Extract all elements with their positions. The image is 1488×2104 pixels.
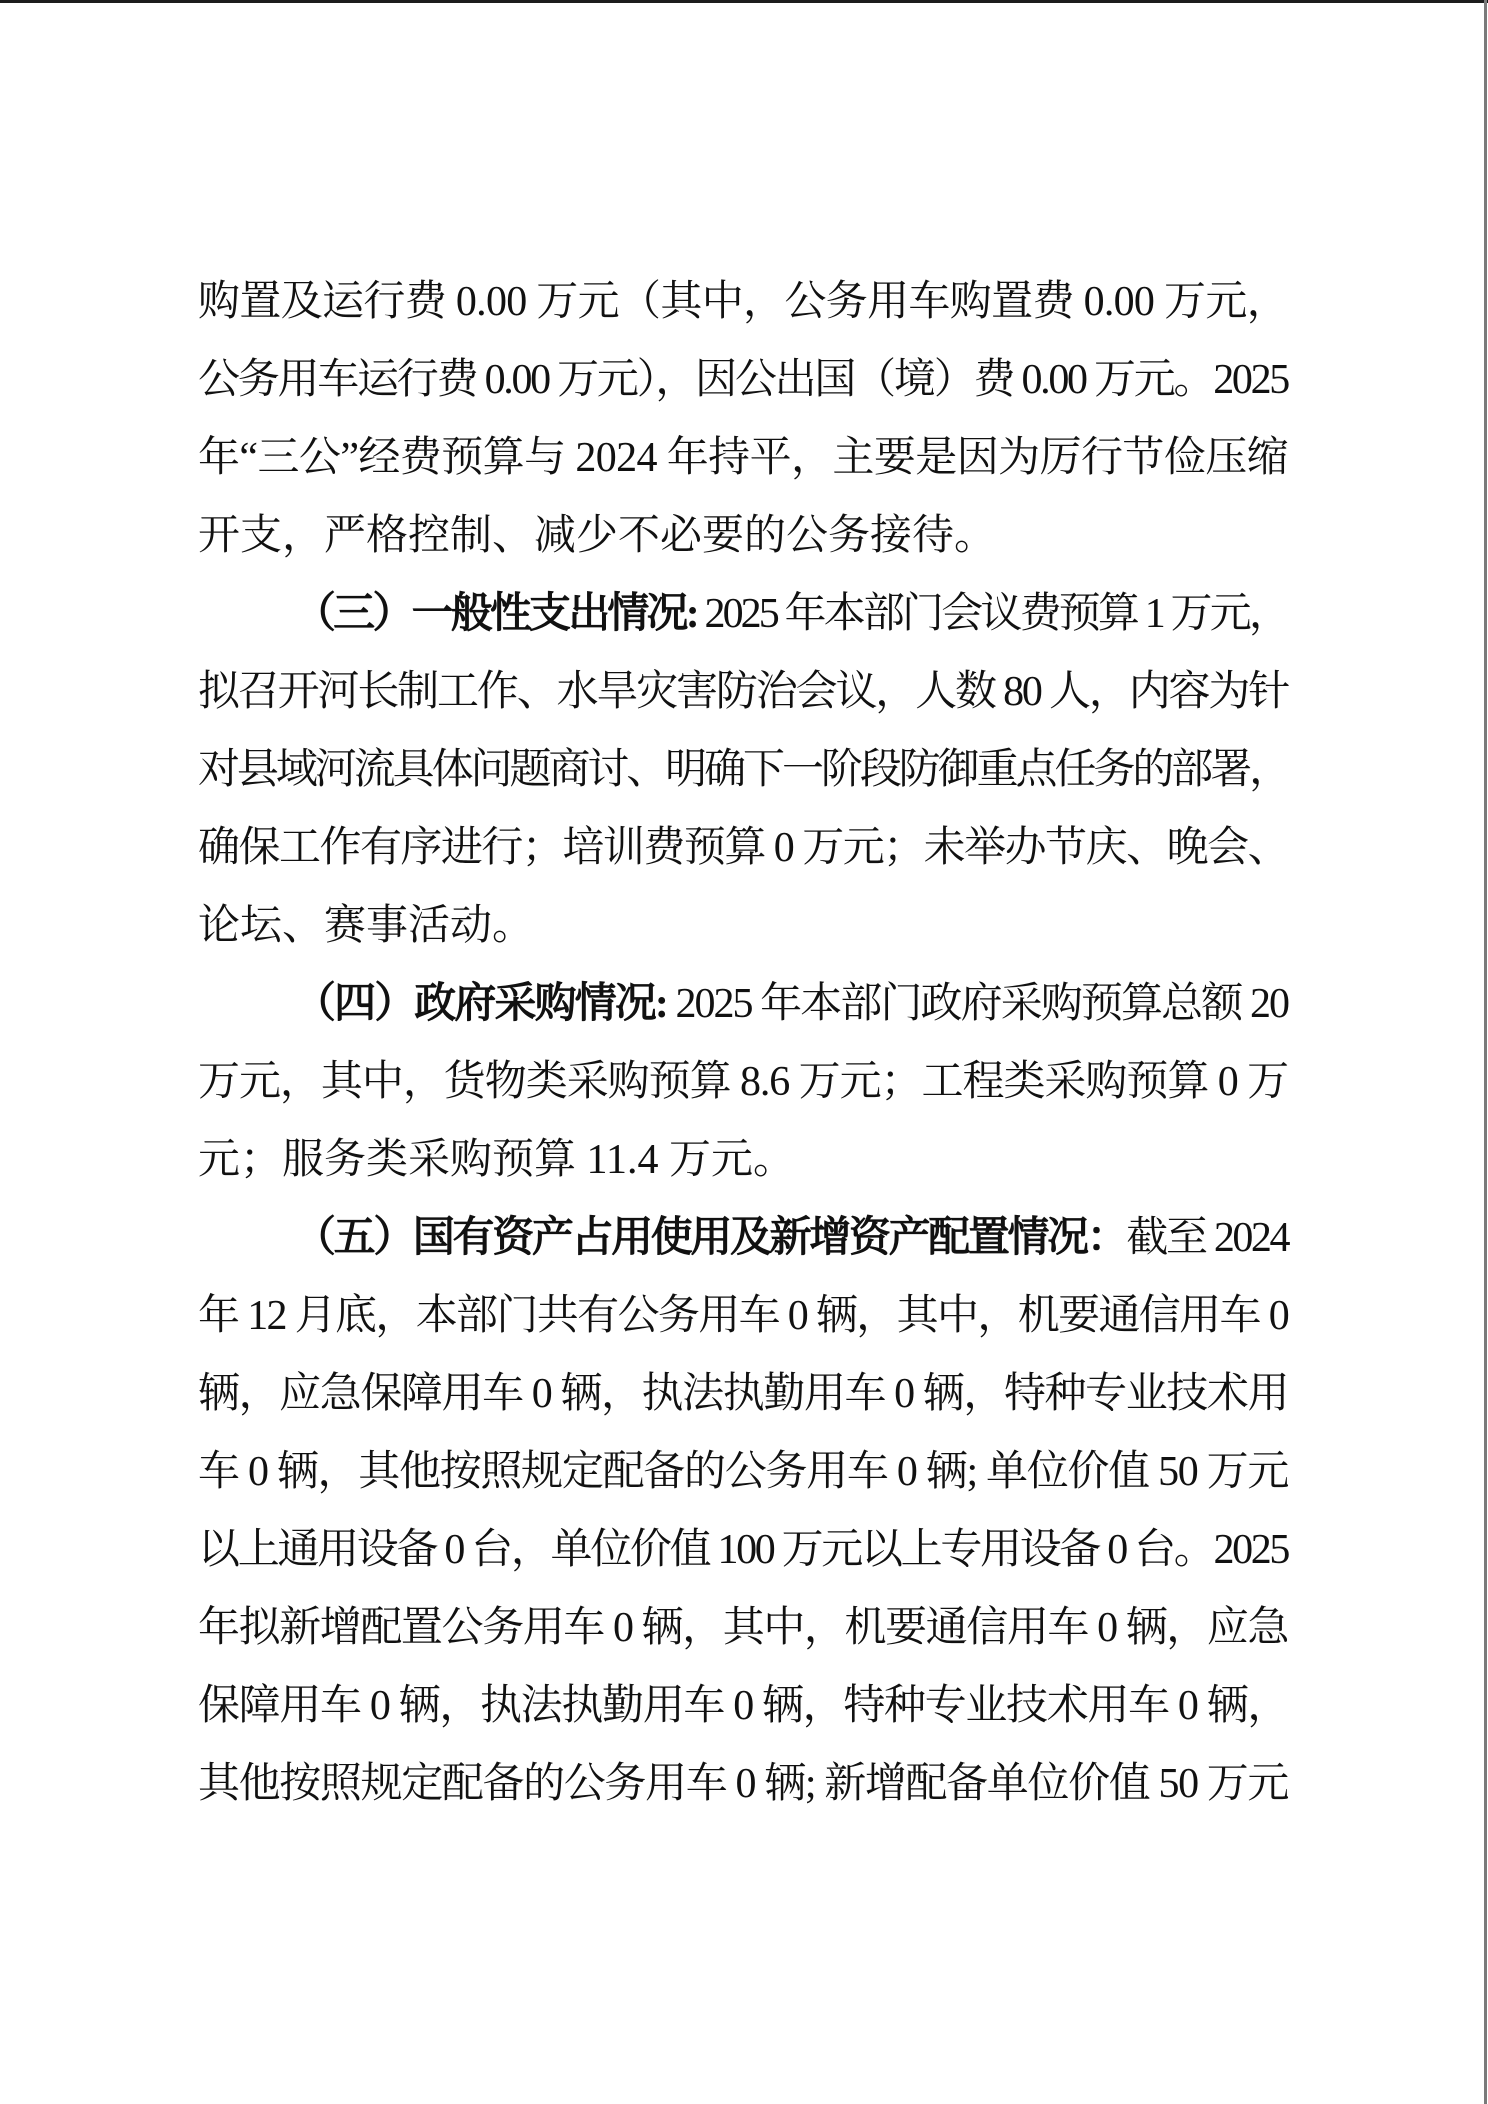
- body-text: 截至 2024: [1126, 1215, 1288, 1261]
- body-text: 购置及运行费 0.00 万元（其中，公务用车购置费 0.00 万元，: [198, 279, 1288, 325]
- text-line: （五）国有资产占用使用及新增资产配置情况：截至 2024: [198, 1199, 1288, 1277]
- text-line: （四）政府采购情况: 2025 年本部门政府采购预算总额 20: [198, 965, 1288, 1043]
- text-line: 年“三公”经费预算与 2024 年持平，主要是因为厉行节俭压缩: [198, 419, 1288, 497]
- section-heading-text: （五）国有资产占用使用及新增资产配置情况：: [294, 1215, 1126, 1261]
- text-line: 公务用车运行费 0.00 万元），因公出国（境）费 0.00 万元。2025: [198, 341, 1288, 419]
- body-text: 论坛、赛事活动。: [198, 903, 534, 949]
- text-line: 其他按照规定配备的公务用车 0 辆; 新增配备单位价值 50 万元: [198, 1745, 1288, 1823]
- text-line: 论坛、赛事活动。: [198, 887, 1288, 965]
- page-top-border: [0, 0, 1488, 3]
- body-text: 年“三公”经费预算与 2024 年持平，主要是因为厉行节俭压缩: [198, 435, 1288, 481]
- document-page: 购置及运行费 0.00 万元（其中，公务用车购置费 0.00 万元，公务用车运行…: [0, 0, 1488, 2104]
- section-heading-text: （四）政府采购情况:: [294, 981, 667, 1027]
- body-text: 确保工作有序进行；培训费预算 0 万元；未举办节庆、晚会、: [198, 825, 1288, 871]
- text-line: 保障用车 0 辆，执法执勤用车 0 辆，特种专业技术用车 0 辆，: [198, 1667, 1288, 1745]
- body-text: 2025 年本部门会议费预算 1 万元，: [697, 591, 1288, 637]
- body-text: 年 12 月底，本部门共有公务用车 0 辆，其中，机要通信用车 0: [198, 1293, 1288, 1339]
- body-text: 以上通用设备 0 台，单位价值 100 万元以上专用设备 0 台。2025: [198, 1527, 1288, 1573]
- text-line: 年拟新增配置公务用车 0 辆，其中，机要通信用车 0 辆，应急: [198, 1589, 1288, 1667]
- body-text: 保障用车 0 辆，执法执勤用车 0 辆，特种专业技术用车 0 辆，: [198, 1683, 1288, 1729]
- text-line: 元；服务类采购预算 11.4 万元。: [198, 1121, 1288, 1199]
- body-text: 拟召开河长制工作、水旱灾害防治会议，人数 80 人，内容为针: [198, 669, 1288, 715]
- para-general-expenditure: （三）一般性支出情况: 2025 年本部门会议费预算 1 万元，拟召开河长制工作…: [198, 575, 1288, 965]
- body-text: 元；服务类采购预算 11.4 万元。: [198, 1137, 795, 1183]
- text-line: 车 0 辆，其他按照规定配备的公务用车 0 辆; 单位价值 50 万元: [198, 1433, 1288, 1511]
- text-line: 对县域河流具体问题商讨、明确下一阶段防御重点任务的部署，: [198, 731, 1288, 809]
- text-line: 以上通用设备 0 台，单位价值 100 万元以上专用设备 0 台。2025: [198, 1511, 1288, 1589]
- text-line: 年 12 月底，本部门共有公务用车 0 辆，其中，机要通信用车 0: [198, 1277, 1288, 1355]
- para-sangong-budget: 购置及运行费 0.00 万元（其中，公务用车购置费 0.00 万元，公务用车运行…: [198, 263, 1288, 575]
- text-line: 开支，严格控制、减少不必要的公务接待。: [198, 497, 1288, 575]
- document-body: 购置及运行费 0.00 万元（其中，公务用车购置费 0.00 万元，公务用车运行…: [198, 263, 1288, 1823]
- body-text: 万元，其中，货物类采购预算 8.6 万元；工程类采购预算 0 万: [198, 1059, 1288, 1105]
- body-text: 辆，应急保障用车 0 辆，执法执勤用车 0 辆，特种专业技术用: [198, 1371, 1288, 1417]
- text-line: （三）一般性支出情况: 2025 年本部门会议费预算 1 万元，: [198, 575, 1288, 653]
- page-right-border: [1484, 0, 1487, 2104]
- section-heading-text: （三）一般性支出情况:: [294, 591, 697, 637]
- text-line: 拟召开河长制工作、水旱灾害防治会议，人数 80 人，内容为针: [198, 653, 1288, 731]
- body-text: 车 0 辆，其他按照规定配备的公务用车 0 辆; 单位价值 50 万元: [198, 1449, 1288, 1495]
- para-state-assets: （五）国有资产占用使用及新增资产配置情况：截至 2024年 12 月底，本部门共…: [198, 1199, 1288, 1823]
- text-line: 辆，应急保障用车 0 辆，执法执勤用车 0 辆，特种专业技术用: [198, 1355, 1288, 1433]
- text-line: 购置及运行费 0.00 万元（其中，公务用车购置费 0.00 万元，: [198, 263, 1288, 341]
- body-text: 对县域河流具体问题商讨、明确下一阶段防御重点任务的部署，: [198, 747, 1288, 793]
- text-line: 万元，其中，货物类采购预算 8.6 万元；工程类采购预算 0 万: [198, 1043, 1288, 1121]
- body-text: 其他按照规定配备的公务用车 0 辆; 新增配备单位价值 50 万元: [198, 1761, 1288, 1807]
- text-line: 确保工作有序进行；培训费预算 0 万元；未举办节庆、晚会、: [198, 809, 1288, 887]
- body-text: 年拟新增配置公务用车 0 辆，其中，机要通信用车 0 辆，应急: [198, 1605, 1288, 1651]
- body-text: 2025 年本部门政府采购预算总额 20: [667, 981, 1288, 1027]
- para-government-procurement: （四）政府采购情况: 2025 年本部门政府采购预算总额 20万元，其中，货物类…: [198, 965, 1288, 1199]
- body-text: 公务用车运行费 0.00 万元），因公出国（境）费 0.00 万元。2025: [198, 357, 1288, 403]
- body-text: 开支，严格控制、减少不必要的公务接待。: [198, 513, 996, 559]
